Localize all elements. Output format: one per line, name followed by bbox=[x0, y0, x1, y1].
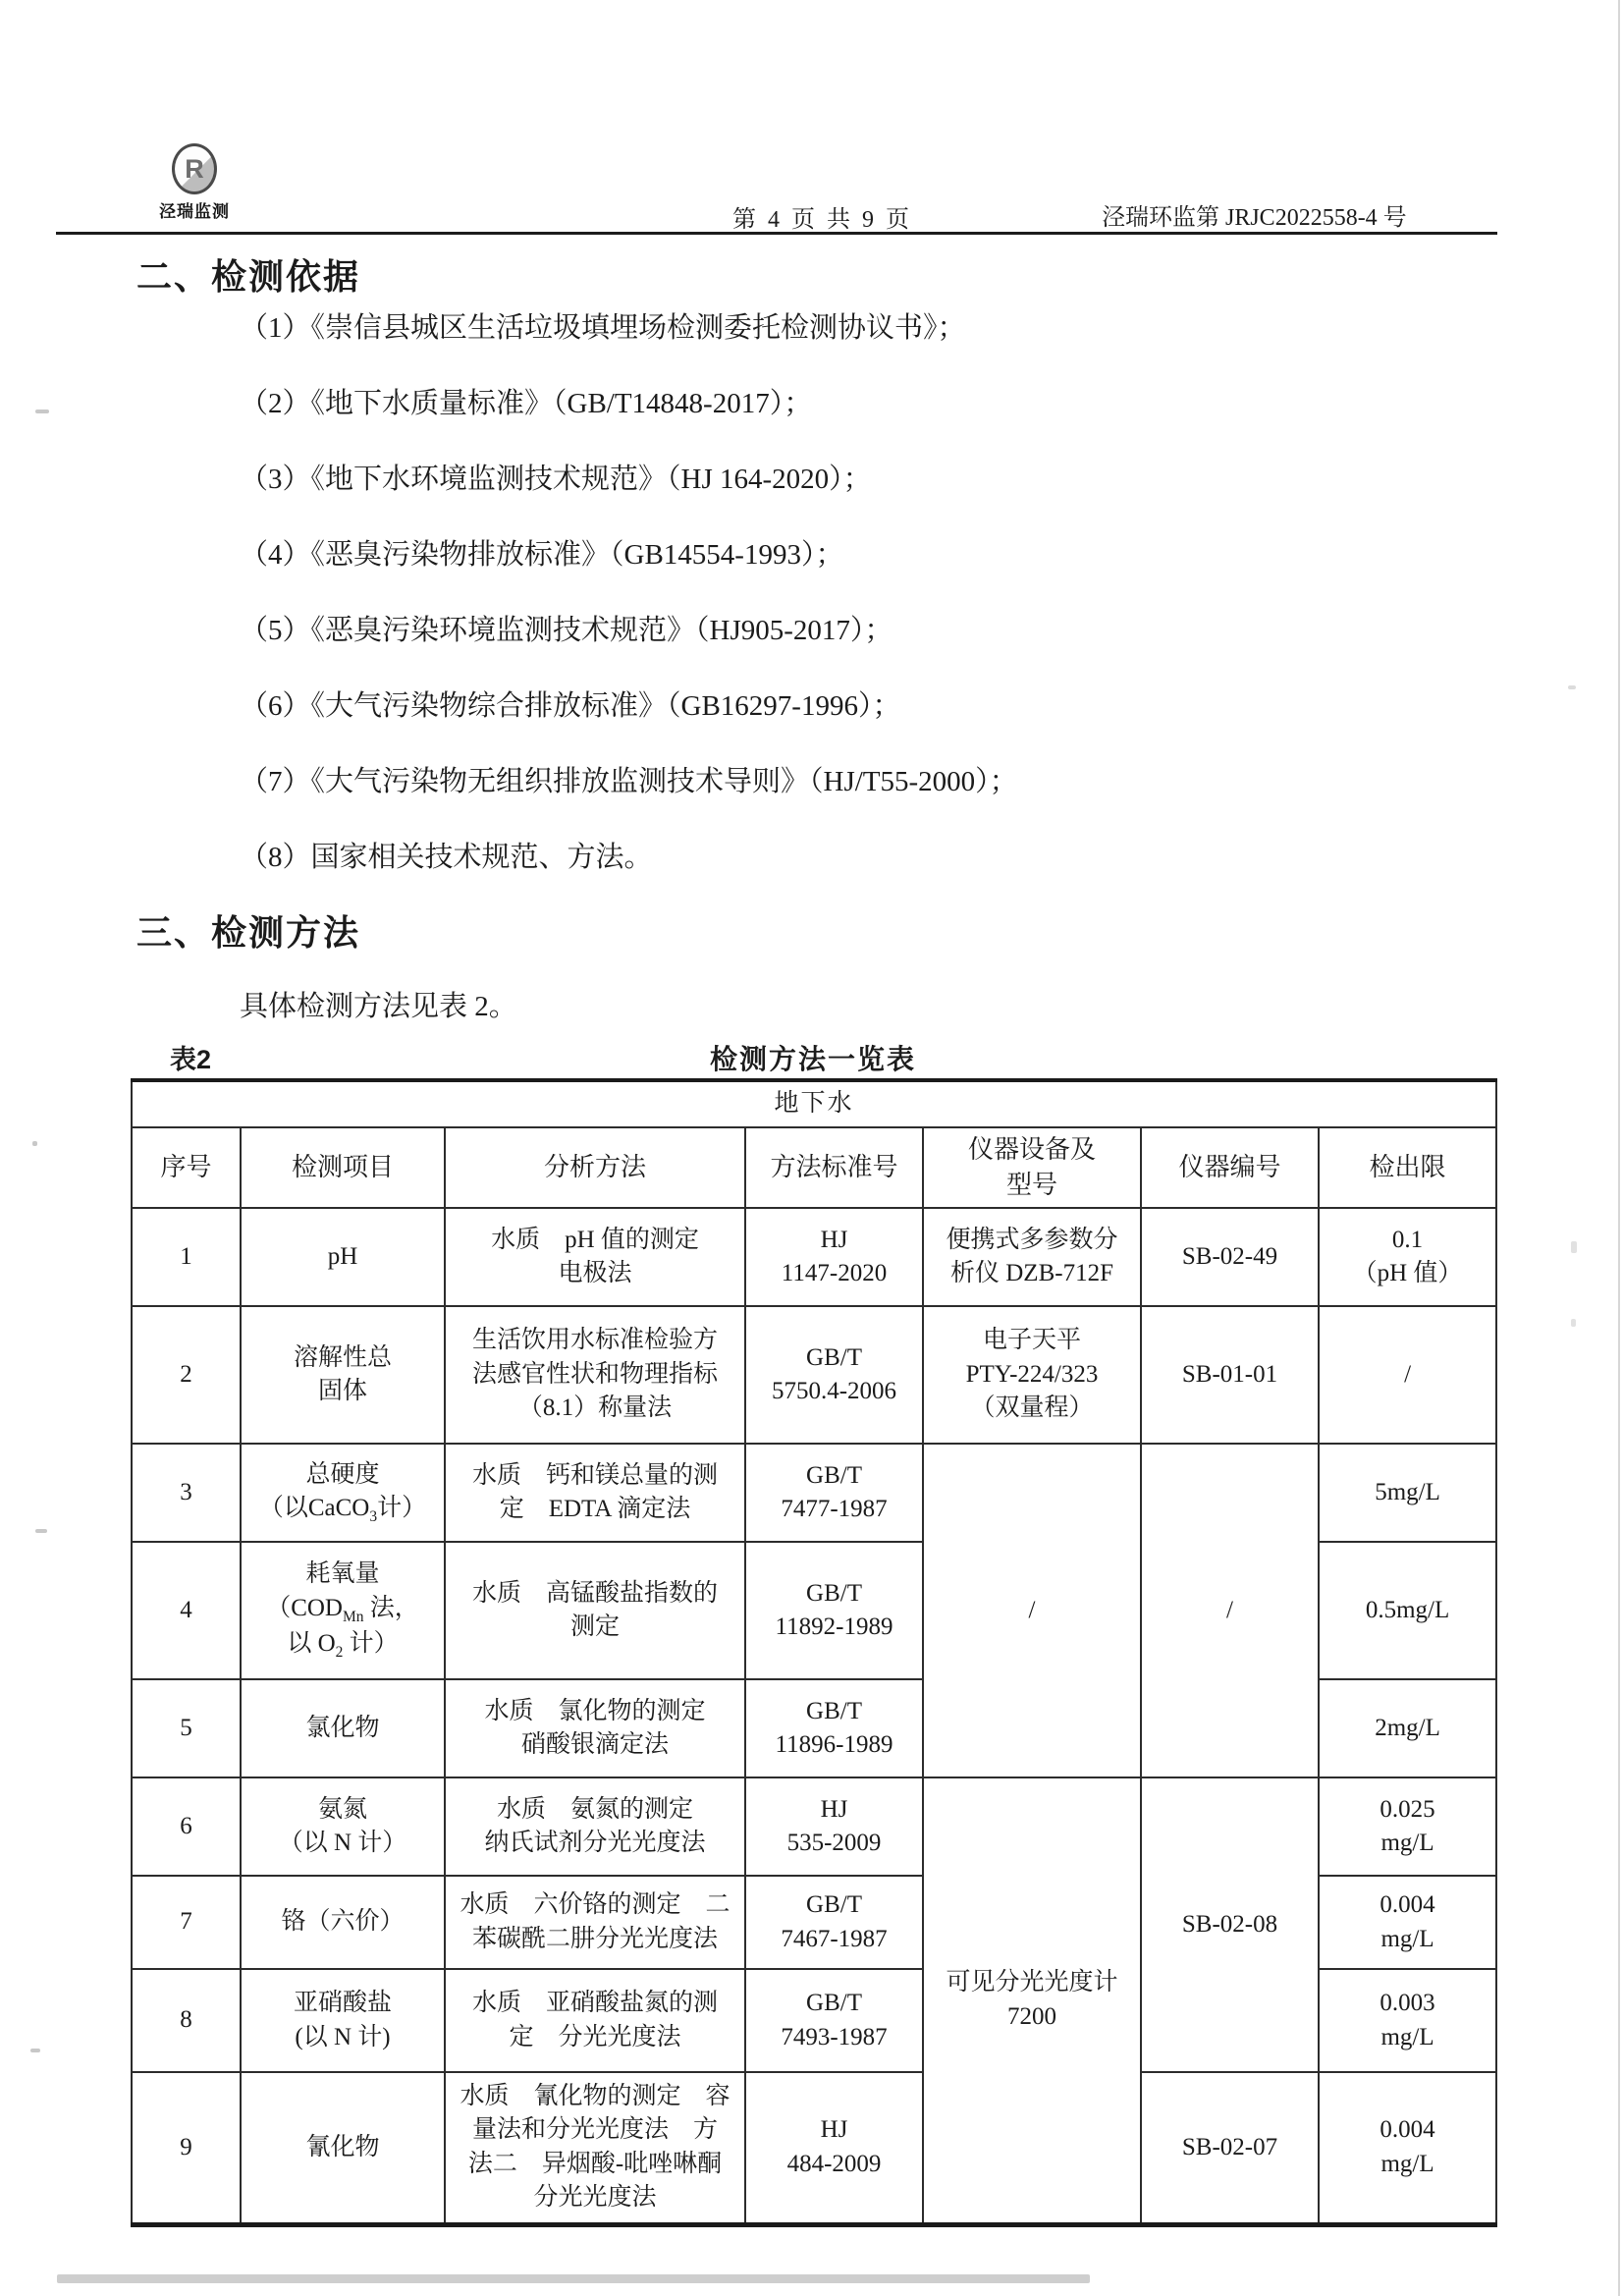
scan-artifact bbox=[32, 1141, 37, 1146]
cell-no: 5 bbox=[132, 1679, 241, 1777]
cell-item: pH bbox=[241, 1208, 445, 1306]
cell-standard: HJ484-2009 bbox=[745, 2072, 923, 2224]
cell-item: 铬（六价） bbox=[241, 1876, 445, 1969]
col-header-limit: 检出限 bbox=[1319, 1127, 1496, 1208]
cell-instrument: 电子天平PTY-224/323（双量程） bbox=[923, 1306, 1141, 1444]
cell-limit: 2mg/L bbox=[1319, 1679, 1496, 1777]
cell-limit: 0.004mg/L bbox=[1319, 1876, 1496, 1969]
cell-instrument-no-merged: SB-02-08 bbox=[1141, 1777, 1319, 2072]
reference-list: （1）《崇信县城区生活垃圾填埋场检测委托检测协议书》； （2）《地下水质量标准》… bbox=[240, 310, 1516, 915]
cell-item: 氨氮（以 N 计） bbox=[241, 1777, 445, 1876]
section-2-heading: 二、检测依据 bbox=[136, 249, 360, 300]
reference-item: （5）《恶臭污染环境监测技术规范》（HJ905-2017）； bbox=[240, 613, 1516, 648]
table-label: 表2 bbox=[170, 1038, 211, 1076]
cell-limit: / bbox=[1319, 1306, 1496, 1444]
cell-limit: 0.5mg/L bbox=[1319, 1542, 1496, 1679]
reference-item: （1）《崇信县城区生活垃圾填埋场检测委托检测协议书》； bbox=[240, 310, 1516, 346]
cell-limit: 0.004mg/L bbox=[1319, 2072, 1496, 2224]
reference-item: （2）《地下水质量标准》（GB/T14848-2017）； bbox=[240, 386, 1516, 421]
reference-item: （3）《地下水环境监测技术规范》（HJ 164-2020）； bbox=[240, 462, 1516, 497]
logo-monogram: R bbox=[185, 154, 204, 185]
groundwater-subheader: 地下水 bbox=[132, 1080, 1496, 1127]
doc-number: 泾瑞环监第 JRJC2022558-4 号 bbox=[1102, 197, 1407, 232]
col-header-instrument-no: 仪器编号 bbox=[1141, 1127, 1319, 1208]
reference-item: （8）国家相关技术规范、方法。 bbox=[240, 840, 1516, 875]
cell-no: 8 bbox=[132, 1969, 241, 2072]
cell-standard: HJ1147-2020 bbox=[745, 1208, 923, 1306]
cell-limit: 0.025mg/L bbox=[1319, 1777, 1496, 1876]
cell-limit: 5mg/L bbox=[1319, 1444, 1496, 1542]
col-header-seq: 序号 bbox=[132, 1127, 241, 1208]
company-logo: R 泾瑞监测 bbox=[147, 143, 242, 222]
header-rule bbox=[56, 232, 1497, 235]
logo-icon: R bbox=[172, 143, 217, 194]
cell-no: 4 bbox=[132, 1542, 241, 1679]
cell-standard: GB/T11896-1989 bbox=[745, 1679, 923, 1777]
page-edge-shadow bbox=[1618, 0, 1620, 2296]
table-row: 6 氨氮（以 N 计） 水质 氨氮的测定纳氏试剂分光光度法 HJ535-2009… bbox=[132, 1777, 1496, 1876]
cell-instrument-merged: 可见分光光度计7200 bbox=[923, 1777, 1141, 2224]
cell-method: 水质 氨氮的测定纳氏试剂分光光度法 bbox=[445, 1777, 745, 1876]
section-3-intro: 具体检测方法见表 2。 bbox=[240, 984, 517, 1024]
cell-no: 2 bbox=[132, 1306, 241, 1444]
cell-no: 1 bbox=[132, 1208, 241, 1306]
cell-instrument-no: SB-01-01 bbox=[1141, 1306, 1319, 1444]
document-page: R 泾瑞监测 第 4 页 共 9 页 泾瑞环监第 JRJC2022558-4 号… bbox=[0, 0, 1623, 2296]
cell-no: 9 bbox=[132, 2072, 241, 2224]
table-row: 1 pH 水质 pH 值的测定电极法 HJ1147-2020 便携式多参数分析仪… bbox=[132, 1208, 1496, 1306]
logo-text: 泾瑞监测 bbox=[147, 197, 242, 222]
table-row: 3 总硬度 （以CaCO3计） 水质 钙和镁总量的测定 EDTA 滴定法 GB/… bbox=[132, 1444, 1496, 1542]
cell-method: 水质 亚硝酸盐氮的测定 分光光度法 bbox=[445, 1969, 745, 2072]
cell-standard: GB/T7493-1987 bbox=[745, 1969, 923, 2072]
cell-instrument-merged: / bbox=[923, 1444, 1141, 1777]
scan-artifact bbox=[1571, 1319, 1576, 1327]
cell-item: 总硬度 （以CaCO3计） bbox=[241, 1444, 445, 1542]
cell-instrument: 便携式多参数分析仪 DZB-712F bbox=[923, 1208, 1141, 1306]
table-row: 9 氰化物 水质 氰化物的测定 容量法和分光光度法 方法二 异烟酸-吡唑啉酮分光… bbox=[132, 2072, 1496, 2224]
cell-item: 氯化物 bbox=[241, 1679, 445, 1777]
scan-artifact bbox=[35, 1529, 47, 1533]
method-table: 地下水 序号 检测项目 分析方法 方法标准号 仪器设备及型号 仪器编号 检出限 … bbox=[131, 1078, 1497, 2227]
cell-instrument-no-merged: / bbox=[1141, 1444, 1319, 1777]
cell-item: 亚硝酸盐(以 N 计) bbox=[241, 1969, 445, 2072]
cell-instrument-no: SB-02-07 bbox=[1141, 2072, 1319, 2224]
col-header-item: 检测项目 bbox=[241, 1127, 445, 1208]
scan-artifact bbox=[35, 410, 49, 413]
cell-item: 溶解性总固体 bbox=[241, 1306, 445, 1444]
table-row: 2 溶解性总固体 生活饮用水标准检验方法感官性状和物理指标（8.1）称量法 GB… bbox=[132, 1306, 1496, 1444]
col-header-method: 分析方法 bbox=[445, 1127, 745, 1208]
col-header-standard: 方法标准号 bbox=[745, 1127, 923, 1208]
scan-artifact bbox=[30, 2049, 40, 2052]
cell-limit: 0.003mg/L bbox=[1319, 1969, 1496, 2072]
cell-no: 3 bbox=[132, 1444, 241, 1542]
cell-limit: 0.1（pH 值） bbox=[1319, 1208, 1496, 1306]
cell-method: 水质 六价铬的测定 二苯碳酰二肼分光光度法 bbox=[445, 1876, 745, 1969]
cell-method: 水质 氯化物的测定硝酸银滴定法 bbox=[445, 1679, 745, 1777]
cell-standard: HJ535-2009 bbox=[745, 1777, 923, 1876]
cell-no: 6 bbox=[132, 1777, 241, 1876]
reference-item: （6）《大气污染物综合排放标准》（GB16297-1996）； bbox=[240, 688, 1516, 724]
scan-artifact-bottom-bar bbox=[57, 2274, 1090, 2283]
cell-method: 水质 pH 值的测定电极法 bbox=[445, 1208, 745, 1306]
scan-artifact bbox=[1568, 685, 1576, 689]
cell-standard: GB/T11892-1989 bbox=[745, 1542, 923, 1679]
reference-item: （7）《大气污染物无组织排放监测技术导则》（HJ/T55-2000）； bbox=[240, 764, 1516, 799]
cell-standard: GB/T7467-1987 bbox=[745, 1876, 923, 1969]
cell-standard: GB/T7477-1987 bbox=[745, 1444, 923, 1542]
section-3-heading: 三、检测方法 bbox=[136, 905, 360, 956]
cell-instrument-no: SB-02-49 bbox=[1141, 1208, 1319, 1306]
cell-method: 水质 高锰酸盐指数的测定 bbox=[445, 1542, 745, 1679]
cell-method: 水质 氰化物的测定 容量法和分光光度法 方法二 异烟酸-吡唑啉酮分光光度法 bbox=[445, 2072, 745, 2224]
cell-standard: GB/T5750.4-2006 bbox=[745, 1306, 923, 1444]
page-number: 第 4 页 共 9 页 bbox=[732, 199, 912, 234]
reference-item: （4）《恶臭污染物排放标准》（GB14554-1993）； bbox=[240, 537, 1516, 573]
cell-item: 氰化物 bbox=[241, 2072, 445, 2224]
scan-artifact bbox=[1571, 1241, 1577, 1253]
table-caption: 表2 检测方法一览表 bbox=[131, 1038, 1495, 1077]
table-title: 检测方法一览表 bbox=[131, 1038, 1495, 1077]
cell-no: 7 bbox=[132, 1876, 241, 1969]
col-header-instrument: 仪器设备及型号 bbox=[923, 1127, 1141, 1208]
cell-item: 耗氧量 （CODMn 法， 以 O2 计） bbox=[241, 1542, 445, 1679]
cell-method: 水质 钙和镁总量的测定 EDTA 滴定法 bbox=[445, 1444, 745, 1542]
cell-method: 生活饮用水标准检验方法感官性状和物理指标（8.1）称量法 bbox=[445, 1306, 745, 1444]
